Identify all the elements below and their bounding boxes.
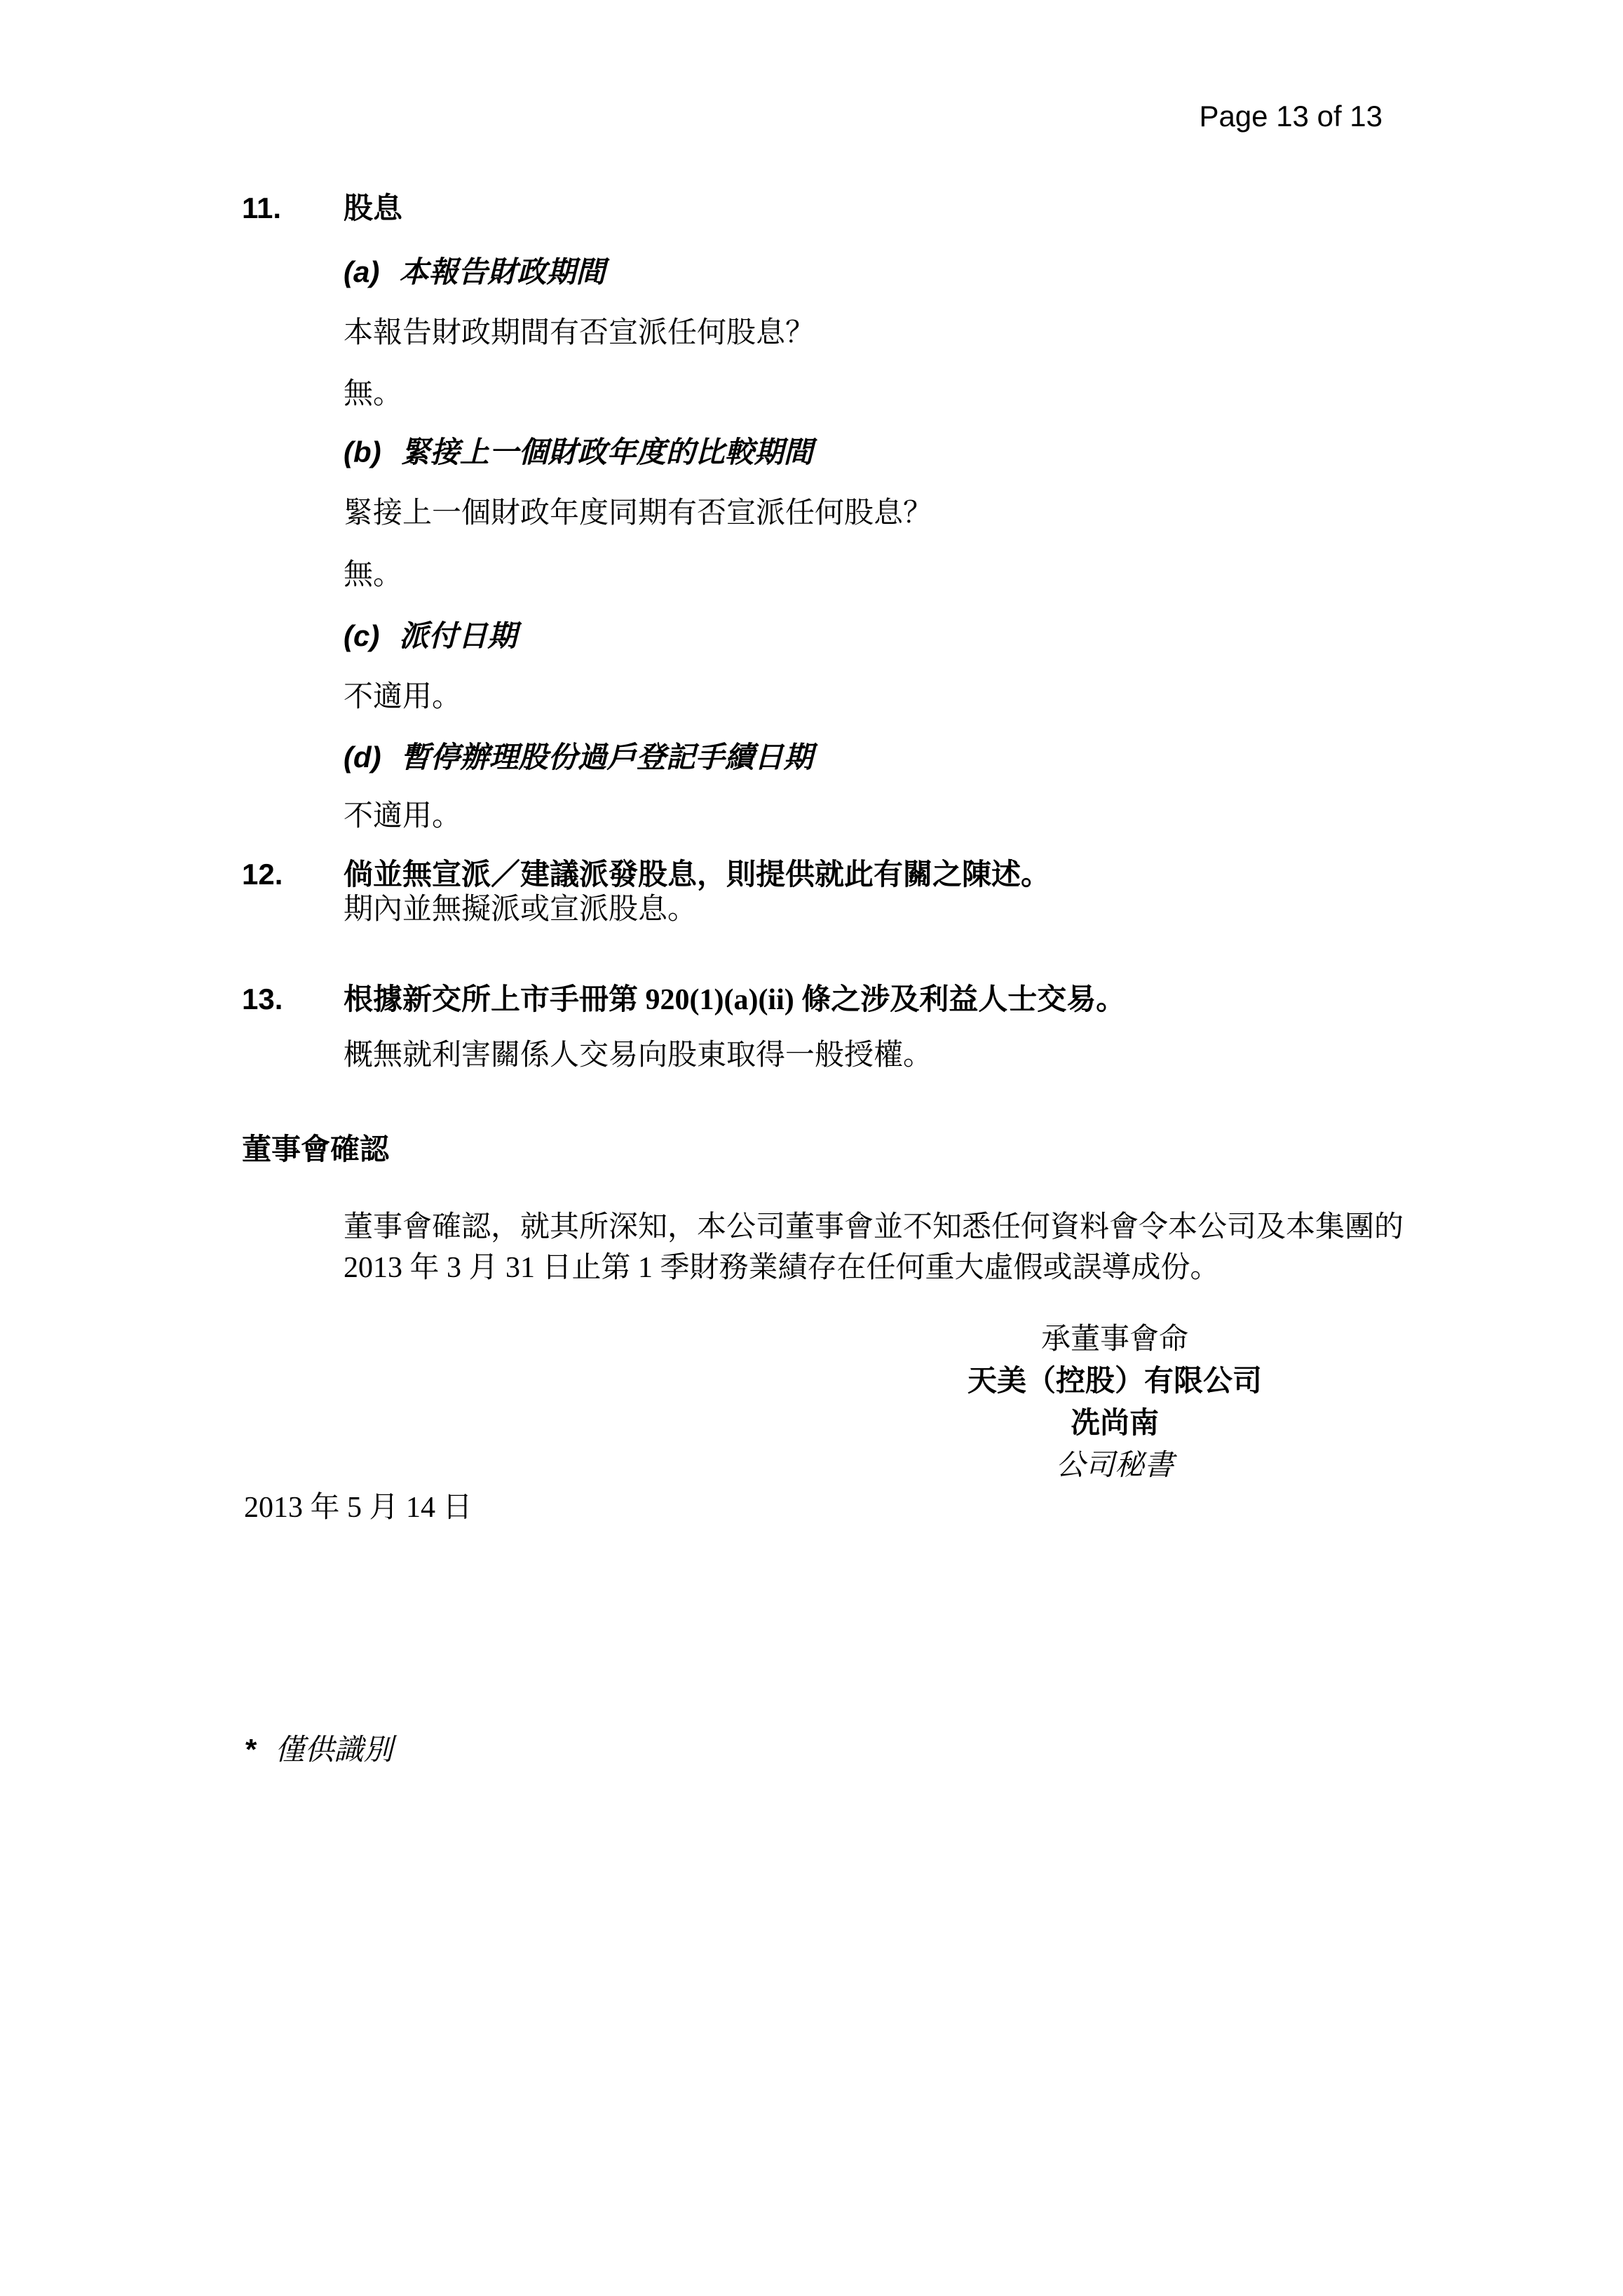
board-confirmation-line-1: 董事會確認，就其所深知，本公司董事會並不知悉任何資料會令本公司及本集團的 (344, 1207, 1404, 1248)
item-c-answer: 不適用。 (344, 680, 461, 714)
item-b-heading: 緊接上一個財政年度的比較期間 (401, 437, 813, 469)
item-b-heading-row: (b)緊接上一個財政年度的比較期間 (344, 435, 813, 469)
item-a-label: (a) (344, 255, 379, 288)
section-12-number: 12. (242, 858, 344, 891)
signature-company: 天美（控股）有限公司 (834, 1360, 1395, 1403)
document-page: Page 13 of 13 11.股息 (a)本報告財政期間 本報告財政期間有否… (0, 0, 1623, 2296)
section-13-title: 根據新交所上市手冊第 920(1)(a)(ii) 條之涉及利益人士交易。 (344, 984, 1125, 1016)
signature-name: 冼尚南 (834, 1403, 1395, 1445)
item-c-label: (c) (344, 619, 379, 652)
section-13-number: 13. (242, 982, 344, 1016)
item-b-answer: 無。 (344, 558, 402, 592)
item-c-heading-row: (c)派付日期 (344, 619, 517, 653)
item-a-heading-row: (a)本報告財政期間 (344, 255, 605, 289)
date-line: 2013 年 5 月 14 日 (244, 1491, 473, 1525)
item-d-heading: 暫停辦理股份過戶登記手續日期 (401, 742, 813, 774)
board-confirmation-paragraph: 董事會確認，就其所深知，本公司董事會並不知悉任何資料會令本公司及本集團的 201… (344, 1207, 1404, 1288)
item-b-label: (b) (344, 435, 381, 468)
item-c-heading: 派付日期 (399, 621, 517, 653)
footnote-asterisk: * (245, 1733, 257, 1766)
section-11-title: 股息 (344, 193, 402, 225)
item-d-label: (d) (344, 741, 381, 774)
section-12-title: 倘並無宣派／建議派發股息，則提供就此有關之陳述。 (344, 859, 1050, 891)
item-a-answer: 無。 (344, 377, 402, 411)
page-number: Page 13 of 13 (247, 100, 1383, 133)
item-a-question: 本報告財政期間有否宣派任何股息？ (344, 316, 815, 350)
section-12-row: 12.倘並無宣派／建議派發股息，則提供就此有關之陳述。 (242, 858, 1050, 891)
signature-on-behalf: 承董事會命 (834, 1318, 1395, 1360)
signature-role: 公司秘書 (834, 1445, 1395, 1487)
signature-block: 承董事會命 天美（控股）有限公司 冼尚南 公司秘書 (834, 1318, 1395, 1487)
section-13-row: 13.根據新交所上市手冊第 920(1)(a)(ii) 條之涉及利益人士交易。 (242, 982, 1125, 1016)
section-12-body: 期內並無擬派或宣派股息。 (344, 893, 697, 926)
item-d-heading-row: (d)暫停辦理股份過戶登記手續日期 (344, 741, 813, 774)
footnote-text: 僅供識別 (275, 1734, 393, 1767)
section-11-row: 11.股息 (242, 191, 402, 225)
item-a-heading: 本報告財政期間 (399, 257, 605, 289)
footnote: *僅供識別 (245, 1733, 393, 1767)
item-b-question: 緊接上一個財政年度同期有否宣派任何股息？ (344, 497, 932, 530)
board-confirmation-line-2: 2013 年 3 月 31 日止第 1 季財務業績存在任何重大虛假或誤導成份。 (344, 1248, 1404, 1288)
item-d-answer: 不適用。 (344, 799, 461, 833)
section-13-body: 概無就利害關係人交易向股東取得一般授權。 (344, 1039, 932, 1072)
section-11-number: 11. (242, 191, 344, 225)
board-confirmation-heading: 董事會確認 (242, 1133, 389, 1167)
